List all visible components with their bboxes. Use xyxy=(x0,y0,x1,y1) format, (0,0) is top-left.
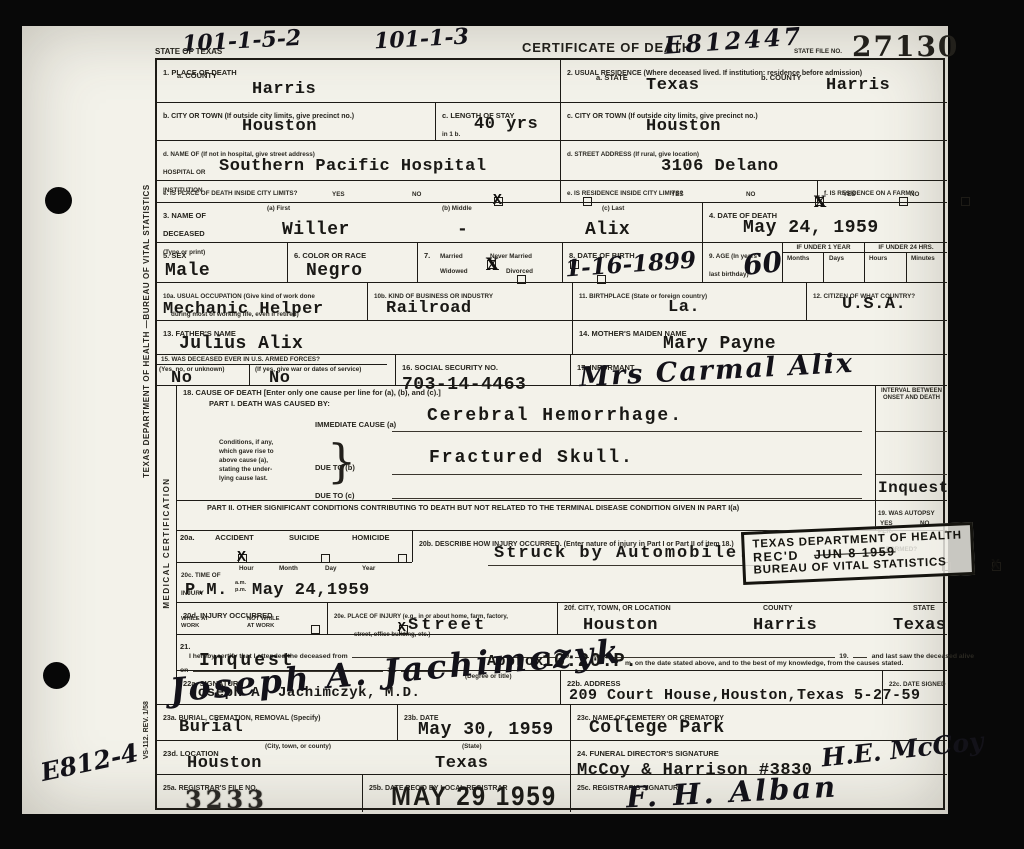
while-at-work-label-1: WHILE AT xyxy=(181,616,208,623)
county-value: Harris xyxy=(252,80,316,99)
time-of-injury-cell: 20c. TIME OF INJURY Hour Month Day Year … xyxy=(177,562,412,602)
immediate-cause-value: Cerebral Hemorrhage. xyxy=(427,406,683,426)
certify-line2b: m. on the date stated above, and to the … xyxy=(625,660,903,668)
certificate-form: 1. PLACE OF DEATH a. COUNTY Harris 2. US… xyxy=(155,58,945,810)
hospital-label-2: HOSPITAL OR xyxy=(163,169,205,176)
injury-county-value: Harris xyxy=(753,616,817,635)
name-of-deceased-cell: 3. NAME OF DECEASED (Type or print) (a) … xyxy=(157,203,702,242)
race-cell: 6. COLOR OR RACE Negro xyxy=(287,243,417,282)
interval-label-1: INTERVAL BETWEEN xyxy=(876,386,947,395)
hours-label: Hours xyxy=(869,255,887,263)
state-file-no-label: STATE FILE NO. xyxy=(794,48,842,56)
handwritten-state-file-no: E812447 xyxy=(663,21,804,60)
informant-cell: 17. INFORMANT Mrs Carmal Alix xyxy=(570,355,947,385)
certify-line1b: and last saw the deceased alive xyxy=(872,653,974,660)
date-of-death-cell: 4. DATE OF DEATH May 24, 1959 xyxy=(702,203,947,242)
divorced-label: Divorced xyxy=(506,268,533,276)
burial-date-cell: 23b. DATE May 30, 1959 xyxy=(397,705,570,740)
day-label: Day xyxy=(325,565,337,573)
year-label: Year xyxy=(362,565,375,573)
accident-label: ACCIDENT xyxy=(215,533,254,542)
due-to-c-label: DUE TO (c) xyxy=(315,491,354,500)
row-sex-race: 5. SEX Male 6. COLOR OR RACE Negro 7. Ma… xyxy=(157,242,947,282)
divider xyxy=(906,253,907,282)
residence-county-label: b. COUNTY xyxy=(761,73,801,82)
handwritten-code-1: 101-1-5-2 xyxy=(181,25,301,57)
row-registrar: 25a. REGISTRAR'S FILE NO. 3233 25b. DATE… xyxy=(157,774,947,812)
row-place-county: 1. PLACE OF DEATH a. COUNTY Harris 2. US… xyxy=(157,60,947,102)
place-of-death-cell: 1. PLACE OF DEATH a. COUNTY Harris xyxy=(157,60,560,102)
armed-forces-label: 15. WAS DECEASED EVER IN U.S. ARMED FORC… xyxy=(157,355,387,365)
cemetery-value: College Park xyxy=(589,718,725,738)
residence-city-limits-label: e. IS RESIDENCE INSIDE CITY LIMITS? xyxy=(567,190,683,197)
rule xyxy=(392,498,862,499)
physician-signature-cell: 22a. SIGNATURE (Degree or title) Joseph … xyxy=(177,671,560,704)
mother-name-cell: 14. MOTHER'S MAIDEN NAME Mary Payne xyxy=(572,321,947,354)
ssn-label: 16. SOCIAL SECURITY NO. xyxy=(402,363,498,372)
marital-label: 7. xyxy=(424,251,430,260)
age-cell: 9. AGE (In years last birthday) 60 xyxy=(702,243,782,282)
industry-value: Railroad xyxy=(386,299,472,318)
rule xyxy=(876,474,947,475)
scanned-certificate-paper: TEXAS DEPARTMENT OF HEALTH —BUREAU OF VI… xyxy=(22,26,948,814)
hospital-value: Southern Pacific Hospital xyxy=(219,157,487,176)
row-city: b. CITY OR TOWN (If outside city limits,… xyxy=(157,102,947,140)
part2-label: PART II. OTHER SIGNIFICANT CONDITIONS CO… xyxy=(183,503,875,512)
part1-label: PART I. DEATH WAS CAUSED BY: xyxy=(209,399,330,408)
married-checkbox: X xyxy=(487,260,496,269)
yes-label: YES xyxy=(671,191,684,199)
name-label-2: DECEASED xyxy=(163,229,205,238)
conditions-note-2: which gave rise to xyxy=(219,448,274,456)
registrar-file-value: 3233 xyxy=(185,785,268,814)
left-margin-agency-text: TEXAS DEPARTMENT OF HEALTH —BUREAU OF VI… xyxy=(142,176,152,486)
form-number-vertical: VS-112. REV. 1/58 xyxy=(143,680,151,780)
row-city-limits: e. IS PLACE OF DEATH INSIDE CITY LIMITS?… xyxy=(157,180,947,202)
interval-label-2: ONSET AND DEATH xyxy=(876,395,947,402)
length-of-stay-cell: c. LENGTH OF STAY in 1 b. 40 yrs xyxy=(435,103,560,140)
injury-occurred-cell: 20d. INJURY OCCURRED WHILE AT WORK NOT W… xyxy=(177,603,327,634)
not-while-at-work-label-2: AT WORK xyxy=(247,623,274,630)
hole-punch-bottom xyxy=(43,662,70,689)
certify-19-2: 19. xyxy=(839,653,848,660)
row-name: 3. NAME OF DECEASED (Type or print) (a) … xyxy=(157,202,947,242)
row-part2: PART II. OTHER SIGNIFICANT CONDITIONS CO… xyxy=(177,500,947,530)
row-cause-of-death: 18. CAUSE OF DEATH [Enter only one cause… xyxy=(177,385,947,500)
interval-column-cell: INTERVAL BETWEEN ONSET AND DEATH Inquest xyxy=(875,386,947,500)
hour-label: Hour xyxy=(239,565,254,573)
place-of-injury-cell: 20e. PLACE OF INJURY (e.g., in or about … xyxy=(327,603,557,634)
registrar-date-stamp: MAY 29 1959 xyxy=(391,781,557,812)
marital-status-cell: 7. Married X Never Married Widowed Divor… xyxy=(417,243,562,282)
divider xyxy=(249,365,250,385)
burial-date-value: May 30, 1959 xyxy=(418,720,554,740)
residence-city-cell: c. CITY OR TOWN (If outside city limits,… xyxy=(560,103,947,140)
days-label: Days xyxy=(829,255,844,263)
row-occupation: 10a. USUAL OCCUPATION (Give kind of work… xyxy=(157,282,947,320)
interval-entry: Inquest xyxy=(878,479,949,497)
age-label-2: last birthday) xyxy=(709,271,749,278)
time-of-injury-ampm-value: P.M. xyxy=(185,581,228,600)
row-injury-place: 20d. INJURY OCCURRED WHILE AT WORK NOT W… xyxy=(177,602,947,634)
yes-label: YES xyxy=(843,191,856,199)
conditions-note-5: lying cause last. xyxy=(219,475,268,483)
funeral-director-cell: 24. FUNERAL DIRECTOR'S SIGNATURE McCoy &… xyxy=(570,741,947,774)
homicide-label: HOMICIDE xyxy=(352,533,390,542)
sex-value: Male xyxy=(165,261,210,281)
autopsy-no-checkbox: X xyxy=(992,562,1001,571)
residence-farm-cell: f. IS RESIDENCE ON A FARM? YES NO X xyxy=(817,181,947,202)
last-name-value: Alix xyxy=(585,220,630,240)
month-label: Month xyxy=(279,565,298,573)
divider xyxy=(823,253,824,282)
occupation-value: Mechanic Helper xyxy=(163,300,324,319)
father-name-cell: 13. FATHER'S NAME Julius Alix xyxy=(157,321,572,354)
while-at-work-checkbox xyxy=(311,625,320,634)
row-armed-forces: 15. WAS DECEASED EVER IN U.S. ARMED FORC… xyxy=(157,354,947,385)
conditions-note-4: stating the under- xyxy=(219,466,272,474)
death-city-limits-label: e. IS PLACE OF DEATH INSIDE CITY LIMITS? xyxy=(163,190,297,197)
citizenship-cell: 12. CITIZEN OF WHAT COUNTRY? U.S.A. xyxy=(806,283,947,320)
age-value: 60 xyxy=(741,245,783,282)
row-hospital: d. NAME OF (If not in hospital, give str… xyxy=(157,140,947,180)
if-under-1-year-cell: IF UNDER 1 YEAR Months Days xyxy=(782,243,864,282)
residence-city-value: Houston xyxy=(646,117,721,136)
conditions-note-1: Conditions, if any, xyxy=(219,439,273,447)
minutes-label: Minutes xyxy=(911,255,935,263)
citizenship-value: U.S.A. xyxy=(842,295,906,314)
no-label: NO xyxy=(412,191,421,199)
residence-farm-label: f. IS RESIDENCE ON A FARM? xyxy=(824,190,915,197)
months-label: Months xyxy=(787,255,809,263)
injury-state-value: Texas xyxy=(893,616,947,635)
residence-county-value: Harris xyxy=(826,76,890,95)
birthplace-cell: 11. BIRTHPLACE (State or foreign country… xyxy=(572,283,806,320)
time-of-injury-date-value: May 24,1959 xyxy=(252,581,370,600)
burial-cell: 23a. BURIAL, CREMATION, REMOVAL (Specify… xyxy=(157,705,397,740)
injury-city-label: 20f. CITY, TOWN, OR LOCATION xyxy=(564,605,671,613)
death-city-limits-cell: e. IS PLACE OF DEATH INSIDE CITY LIMITS?… xyxy=(157,181,560,202)
city-of-death-cell: b. CITY OR TOWN (If outside city limits,… xyxy=(157,103,435,140)
residence-state-label: a. STATE xyxy=(596,73,628,82)
due-to-b-label: DUE TO (b) xyxy=(315,463,355,472)
sex-label: 5. SEX xyxy=(163,251,186,260)
sex-cell: 5. SEX Male xyxy=(157,243,287,282)
no-label: NO xyxy=(910,191,919,199)
name-label-1: 3. NAME OF xyxy=(163,211,206,220)
residence-farm-yes-checkbox xyxy=(961,197,970,206)
married-label: Married xyxy=(440,253,463,261)
father-name-value: Julius Alix xyxy=(179,334,303,354)
handwritten-code-bottom-left: E812-4 xyxy=(38,738,141,787)
medical-certification-column: MEDICAL CERTIFICATION xyxy=(157,385,177,704)
received-stamp: TEXAS DEPARTMENT OF HEALTH REC'D JUN 8 1… xyxy=(741,522,975,585)
yes-label: YES xyxy=(332,191,345,199)
armed-forces-cell: 15. WAS DECEASED EVER IN U.S. ARMED FORC… xyxy=(157,355,395,385)
race-label: 6. COLOR OR RACE xyxy=(294,251,366,260)
residence-city-limits-cell: e. IS RESIDENCE INSIDE CITY LIMITS? YES … xyxy=(560,181,817,202)
middle-name-label: (b) Middle xyxy=(442,205,472,213)
conditions-note-3: above cause (a), xyxy=(219,457,268,465)
not-while-at-work-label-1: NOT WHILE xyxy=(247,616,280,623)
physician-address-cell: 22b. ADDRESS 209 Court House,Houston,Tex… xyxy=(560,671,882,704)
first-name-value: Willer xyxy=(282,220,350,240)
registrar-signature-cell: 25c. REGISTRAR'S SIGNATURE F. H. Alban xyxy=(570,775,947,812)
ssn-cell: 16. SOCIAL SECURITY NO. 703-14-4463 xyxy=(395,355,570,385)
widowed-label: Widowed xyxy=(440,268,468,276)
cause-of-death-cell: 18. CAUSE OF DEATH [Enter only one cause… xyxy=(177,386,875,500)
hole-punch-top xyxy=(45,187,72,214)
county-label: a. COUNTY xyxy=(177,71,217,80)
burial-location-city-value: Houston xyxy=(187,754,262,773)
burial-location-state-sublabel: (State) xyxy=(462,743,482,751)
accident-section-label: 20a. xyxy=(180,533,195,542)
rule xyxy=(392,431,862,432)
occupation-cell: 10a. USUAL OCCUPATION (Give kind of work… xyxy=(157,283,367,320)
city-of-death-value: Houston xyxy=(242,117,317,136)
conditions-brace: } xyxy=(327,434,356,488)
row-physician-signature: 22a. SIGNATURE (Degree or title) Joseph … xyxy=(177,670,947,704)
date-of-death-value: May 24, 1959 xyxy=(743,218,879,238)
length-of-stay-value: 40 yrs xyxy=(474,115,538,134)
burial-value: Burial xyxy=(179,718,243,737)
mother-name-value: Mary Payne xyxy=(663,334,776,354)
registrar-signature: F. H. Alban xyxy=(625,769,839,814)
birthplace-value: La. xyxy=(668,298,700,317)
race-value: Negro xyxy=(306,261,363,281)
due-to-b-value: Fractured Skull. xyxy=(429,448,634,468)
burial-location-cell: 23d. LOCATION (City, town, or county) (S… xyxy=(157,741,570,774)
handwritten-code-2: 101-1-3 xyxy=(373,24,469,55)
pm-label: p.m. xyxy=(235,587,246,594)
industry-cell: 10b. KIND OF BUSINESS OR INDUSTRY Railro… xyxy=(367,283,572,320)
medical-certification-label: MEDICAL CERTIFICATION xyxy=(162,468,172,618)
while-at-work-label-2: WORK xyxy=(181,623,199,630)
middle-name-value: - xyxy=(457,220,468,240)
am-label: a.m. xyxy=(235,580,246,587)
accident-type-cell: 20a. ACCIDENT SUICIDE HOMICIDE X xyxy=(177,531,412,562)
autopsy-no-mark: X xyxy=(991,557,1000,574)
rule xyxy=(876,431,947,432)
injury-county-label: COUNTY xyxy=(763,605,793,613)
cause-of-death-label: 18. CAUSE OF DEATH [Enter only one cause… xyxy=(183,388,441,397)
row-burial: 23a. BURIAL, CREMATION, REMOVAL (Specify… xyxy=(157,704,947,740)
street-address-cell: d. STREET ADDRESS (If rural, give locati… xyxy=(560,141,947,180)
injury-location-cell: 20f. CITY, TOWN, OR LOCATION COUNTY STAT… xyxy=(557,603,947,634)
no-label: NO xyxy=(746,191,755,199)
place-of-injury-value: Street xyxy=(408,616,487,635)
never-married-label: Never Married xyxy=(490,253,532,261)
funeral-director-label: 24. FUNERAL DIRECTOR'S SIGNATURE xyxy=(577,749,719,758)
street-address-value: 3106 Delano xyxy=(661,157,779,176)
burial-location-state-value: Texas xyxy=(435,754,489,773)
usual-residence-cell: 2. USUAL RESIDENCE (Where deceased lived… xyxy=(560,60,947,102)
if-under-24-hrs-cell: IF UNDER 24 HRS. Hours Minutes xyxy=(864,243,947,282)
hospital-cell: d. NAME OF (If not in hospital, give str… xyxy=(157,141,560,180)
immediate-cause-label: IMMEDIATE CAUSE (a) xyxy=(315,420,396,429)
time-of-injury-label-1: 20c. TIME OF xyxy=(181,572,221,579)
physician-address-value: 209 Court House,Houston,Texas 5-27-59 xyxy=(569,687,921,704)
length-of-stay-sublabel: in 1 b. xyxy=(442,131,460,138)
registrar-date-cell: 25b. DATE REC'D BY LOCAL REGISTRAR MAY 2… xyxy=(362,775,570,812)
if-under-24-hrs-label: IF UNDER 24 HRS. xyxy=(865,243,947,253)
cemetery-cell: 23c. NAME OF CEMETERY OR CREMATORY Colle… xyxy=(570,705,947,740)
injury-state-label: STATE xyxy=(913,605,935,613)
suicide-label: SUICIDE xyxy=(289,533,319,542)
burial-location-city-sublabel: (City, town, or county) xyxy=(265,743,331,751)
if-under-1-year-label: IF UNDER 1 YEAR xyxy=(783,243,864,253)
blank-line xyxy=(605,649,835,658)
last-name-label: (c) Last xyxy=(602,205,624,213)
first-name-label: (a) First xyxy=(267,205,290,213)
rule xyxy=(392,474,862,475)
date-of-birth-cell: 8. DATE OF BIRTH 1-16-1899 xyxy=(562,243,702,282)
residence-state-value: Texas xyxy=(646,76,700,95)
part2-cell: PART II. OTHER SIGNIFICANT CONDITIONS CO… xyxy=(177,501,875,530)
blank-line xyxy=(853,649,867,658)
occupation-label-1: 10a. USUAL OCCUPATION (Give kind of work… xyxy=(163,293,315,300)
registrar-file-cell: 25a. REGISTRAR'S FILE NO. 3233 xyxy=(157,775,362,812)
